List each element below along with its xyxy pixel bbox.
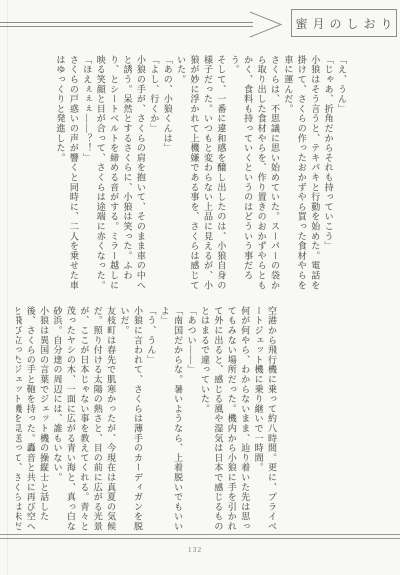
text-line: 「え、うん」: [335, 55, 348, 297]
running-head-title: 蜜月のしおり: [291, 15, 398, 32]
text-line: そして、一番に違和感を醸し出したのは、小狼自身の様子だった。いつもと変わらない上…: [174, 55, 228, 297]
text-line: さくらは、不思議に思い始めていた。スーパーの袋から取り出した食材やらを、作り置き…: [227, 55, 281, 297]
text-line: 小狼は異国の言葉でジェット機の操縦士と話した後、さくらの手と鞄を持った。轟音と共…: [16, 306, 50, 532]
text-line: 「あの、小狼くんは」: [160, 55, 173, 297]
text-block-upper: 「え、うん」「じゃあ、折角だからそれも持っていこう」小狼はそう言うと、テキパキと…: [16, 55, 348, 297]
running-head-box: 蜜月のしおり: [291, 9, 397, 37]
text-line: 「じゃあ、折角だからそれも持っていこう」: [321, 55, 334, 297]
text-block-lower: 空港から飛行機に乗って約八時間。更に、プライベートジェット機に乗り継いで一時間。…: [16, 306, 278, 532]
text-line: 「よし、行くか」: [147, 55, 160, 297]
footer-rule-bottom: [0, 538, 400, 539]
text-line: 「南国だからな。暑いようなら、上着脱いでもいいよ」: [157, 306, 184, 532]
text-line: 小狼の手が、さくらの肩を抱いて、そのまま車の中へと誘う。呆然とするさくらに、小狼…: [93, 55, 147, 297]
scanned-novel-page: 蜜月のしおり 「え、うん」「じゃあ、折角だからそれも持っていこう」小狼はそう言う…: [0, 0, 400, 575]
text-line: 「ほえぇぇぇ――？！」: [80, 55, 93, 297]
text-line: 「あつい――」: [184, 306, 197, 532]
page-number: 132: [0, 545, 390, 554]
footer-rule-top: [0, 534, 400, 535]
text-line: 空港から飛行機に乗って約八時間。更に、プライベートジェット機に乗り継いで一時間。: [251, 306, 278, 532]
text-line: 小狼はそう言うと、テキパキと行動を始めた。電話を掛けて、さくらの作ったおかずやら…: [281, 55, 321, 297]
text-line: 友枝町は春先で肌寒かったが、今現在は真夏の気候だ。照り付ける太陽の熱さと、目の前…: [50, 306, 117, 532]
text-line: 何が何やら、わからないまま、辿り着いた先は思ってもみない場所だった。機内から小狼…: [198, 306, 252, 532]
text-line: 小狼に言われて、さくらは薄手のカーディガンを脱いだ。: [117, 306, 144, 532]
text-line: さくらの戸惑いの声が響くと同時に、二人を乗せた車はゆっくりと発進した。: [53, 55, 80, 297]
text-line: 「う、うん」: [144, 306, 157, 532]
page-edge-shadow: [7, 0, 8, 575]
